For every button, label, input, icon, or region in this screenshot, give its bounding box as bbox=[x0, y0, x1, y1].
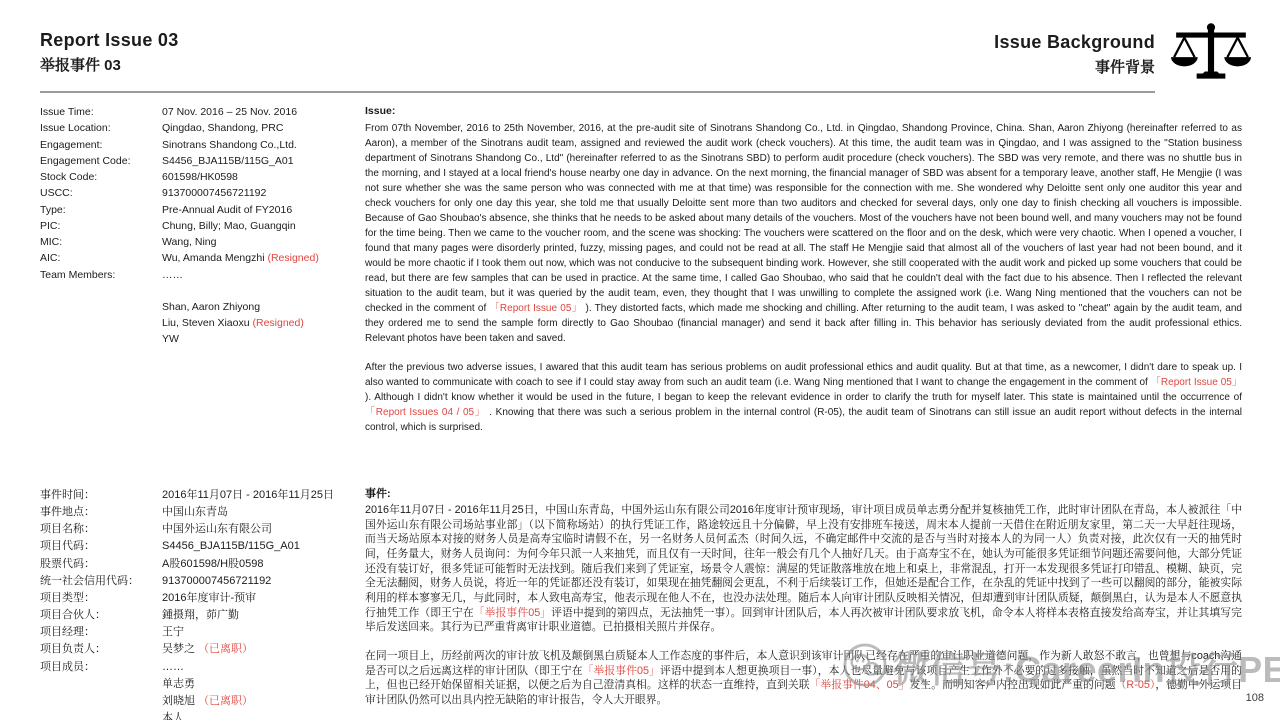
meta-label: 项目成员： bbox=[40, 659, 162, 676]
meta-value: S4456_BJA115B/115G_A01 bbox=[162, 153, 358, 169]
meta-value: 913700007456721192 bbox=[162, 573, 358, 590]
meta-row: Engagement Code:S4456_BJA115B/115G_A01 bbox=[40, 153, 358, 169]
meta-label: Team Members: bbox=[40, 267, 162, 283]
meta-row bbox=[40, 283, 358, 299]
meta-label: Engagement Code: bbox=[40, 153, 162, 169]
header-divider bbox=[40, 91, 1155, 93]
meta-value: YW bbox=[162, 331, 358, 347]
meta-value: A股601598/H股0598 bbox=[162, 556, 358, 573]
issue-heading-zh: 事件: bbox=[365, 487, 1242, 502]
meta-row: Shan, Aaron Zhiyong bbox=[40, 299, 358, 315]
text-segment: 中国山东青岛 bbox=[162, 506, 228, 518]
text-segment: 2016年11月07日 - 2016年11月25日，中国山东青岛，中国外运山东有… bbox=[365, 504, 1242, 619]
meta-row: 股票代码：A股601598/H股0598 bbox=[40, 556, 358, 573]
meta-row: Engagement:Sinotrans Shandong Co.,Ltd. bbox=[40, 137, 358, 153]
meta-value: Shan, Aaron Zhiyong bbox=[162, 299, 358, 315]
text-segment: 发生。而明知客户内控出现如此严重的问题 bbox=[910, 679, 1116, 691]
meta-value: S4456_BJA115B/115G_A01 bbox=[162, 538, 358, 555]
paragraph: 2016年11月07日 - 2016年11月25日，中国山东青岛，中国外运山东有… bbox=[365, 503, 1242, 635]
meta-label: 项目代码： bbox=[40, 538, 162, 555]
highlighted-text: 「举报事件05」 bbox=[583, 665, 660, 677]
meta-label: PIC: bbox=[40, 218, 162, 234]
meta-label: 项目类型： bbox=[40, 590, 162, 607]
meta-value: 中国山东青岛 bbox=[162, 504, 358, 521]
meta-value: 鍾摄翔，茆广勤 bbox=[162, 607, 358, 624]
page-title-zh: 举报事件 03 bbox=[40, 54, 179, 75]
text-segment: Liu, Steven Xiaoxu bbox=[162, 317, 252, 329]
highlighted-text: (Resigned) bbox=[267, 252, 318, 264]
paragraph: From 07th November, 2016 to 25th Novembe… bbox=[365, 121, 1242, 346]
meta-value: 单志勇 bbox=[162, 676, 358, 693]
meta-label: Issue Time: bbox=[40, 104, 162, 120]
meta-value: Wu, Amanda Mengzhi (Resigned) bbox=[162, 250, 358, 266]
text-segment: Wu, Amanda Mengzhi bbox=[162, 252, 267, 264]
text-segment: 单志勇 bbox=[162, 678, 195, 690]
text-segment: …… bbox=[162, 269, 183, 281]
meta-label bbox=[40, 283, 162, 299]
meta-row: 事件时间：2016年11月07日 - 2016年11月25日 bbox=[40, 487, 358, 504]
highlighted-text: （R-05） bbox=[1116, 679, 1156, 691]
highlighted-text: 「举报事件04、05」 bbox=[810, 679, 910, 691]
meta-value: 2016年11月07日 - 2016年11月25日 bbox=[162, 487, 358, 504]
metadata-chinese: 事件时间：2016年11月07日 - 2016年11月25日事件地点：中国山东青… bbox=[40, 487, 358, 720]
issue-body-english: Issue: From 07th November, 2016 to 25th … bbox=[365, 104, 1242, 449]
text-segment: 913700007456721192 bbox=[162, 187, 266, 199]
header-right: Issue Background 事件背景 bbox=[994, 32, 1155, 77]
meta-label bbox=[40, 331, 162, 347]
meta-value: 刘晓旭 （已离职） bbox=[162, 693, 358, 710]
meta-row: 项目合伙人：鍾摄翔，茆广勤 bbox=[40, 607, 358, 624]
meta-label: 事件地点： bbox=[40, 504, 162, 521]
page-title-en: Report Issue 03 bbox=[40, 30, 179, 51]
highlighted-text: （已离职） bbox=[198, 643, 253, 655]
meta-label: Type: bbox=[40, 202, 162, 218]
highlighted-text: 「举报事件05」 bbox=[474, 607, 551, 619]
meta-value: 2016年度审计-预审 bbox=[162, 590, 358, 607]
meta-row: Issue Time:07 Nov. 2016 – 25 Nov. 2016 bbox=[40, 104, 358, 120]
meta-value: …… bbox=[162, 267, 358, 283]
meta-value: …… bbox=[162, 659, 358, 676]
meta-row: Liu, Steven Xiaoxu (Resigned) bbox=[40, 315, 358, 331]
page-number: 108 bbox=[1246, 692, 1264, 704]
meta-label bbox=[40, 710, 162, 720]
meta-row: Type:Pre-Annual Audit of FY2016 bbox=[40, 202, 358, 218]
meta-label: 统一社会信用代码： bbox=[40, 573, 162, 590]
text-segment: …… bbox=[162, 661, 184, 673]
text-segment: 本人 bbox=[162, 712, 184, 720]
meta-label: Engagement: bbox=[40, 137, 162, 153]
text-segment: Chung, Billy; Mao, Guangqin bbox=[162, 220, 296, 232]
meta-row: YW bbox=[40, 331, 358, 347]
text-segment: 601598/HK0598 bbox=[162, 171, 238, 183]
meta-value: Pre-Annual Audit of FY2016 bbox=[162, 202, 358, 218]
meta-label: USCC: bbox=[40, 185, 162, 201]
meta-label: 项目名称： bbox=[40, 521, 162, 538]
text-segment: A股601598/H股0598 bbox=[162, 558, 264, 570]
meta-value: Chung, Billy; Mao, Guangqin bbox=[162, 218, 358, 234]
meta-row: Team Members:…… bbox=[40, 267, 358, 283]
text-segment: From 07th November, 2016 to 25th Novembe… bbox=[365, 123, 1242, 314]
meta-row: AIC:Wu, Amanda Mengzhi (Resigned) bbox=[40, 250, 358, 266]
section-title-zh: 事件背景 bbox=[994, 56, 1155, 77]
meta-value: 吴梦之 （已离职） bbox=[162, 641, 358, 658]
meta-value: 601598/HK0598 bbox=[162, 169, 358, 185]
meta-label: Issue Location: bbox=[40, 120, 162, 136]
text-segment: 2016年度审计-预审 bbox=[162, 592, 256, 604]
meta-row: Issue Location:Qingdao, Shandong, PRC bbox=[40, 120, 358, 136]
issue-heading-en: Issue: bbox=[365, 104, 1242, 120]
text-segment: Shan, Aaron Zhiyong bbox=[162, 301, 260, 313]
highlighted-text: 「Report Issue 05」 bbox=[1151, 377, 1242, 388]
scales-of-justice-icon bbox=[1170, 20, 1252, 86]
text-segment: Qingdao, Shandong, PRC bbox=[162, 122, 283, 134]
meta-row: 事件地点：中国山东青岛 bbox=[40, 504, 358, 521]
meta-value bbox=[162, 283, 358, 299]
meta-label bbox=[40, 693, 162, 710]
text-segment: 2016年11月07日 - 2016年11月25日 bbox=[162, 489, 334, 501]
meta-label bbox=[40, 676, 162, 693]
text-segment: S4456_BJA115B/115G_A01 bbox=[162, 540, 300, 552]
meta-label: 股票代码： bbox=[40, 556, 162, 573]
meta-row: 项目类型：2016年度审计-预审 bbox=[40, 590, 358, 607]
text-segment: Pre-Annual Audit of FY2016 bbox=[162, 204, 292, 216]
paragraph: 在同一项目上，历经前两次的审计放飞机及颠倒黑白质疑本人工作态度的事件后，本人意识… bbox=[365, 649, 1242, 708]
text-segment: After the previous two adverse issues, I… bbox=[365, 362, 1242, 388]
text-segment: ). Although I didn't know whether it wou… bbox=[365, 392, 1242, 403]
highlighted-text: 「Report Issue 05」 bbox=[489, 303, 582, 314]
meta-row: 统一社会信用代码：913700007456721192 bbox=[40, 573, 358, 590]
meta-value: 07 Nov. 2016 – 25 Nov. 2016 bbox=[162, 104, 358, 120]
meta-label: 项目经理： bbox=[40, 624, 162, 641]
meta-label bbox=[40, 315, 162, 331]
header-left: Report Issue 03 举报事件 03 bbox=[40, 30, 179, 75]
highlighted-text: （已离职） bbox=[198, 695, 253, 707]
text-segment: 中国外运山东有限公司 bbox=[162, 523, 272, 535]
text-segment: 吴梦之 bbox=[162, 643, 198, 655]
text-segment: 913700007456721192 bbox=[162, 575, 271, 587]
meta-row: 项目代码：S4456_BJA115B/115G_A01 bbox=[40, 538, 358, 555]
highlighted-text: 「Report Issues 04 / 05」 bbox=[365, 407, 486, 418]
meta-row: Stock Code:601598/HK0598 bbox=[40, 169, 358, 185]
text-segment: 07 Nov. 2016 – 25 Nov. 2016 bbox=[162, 106, 297, 118]
text-segment: 鍾摄翔，茆广勤 bbox=[162, 609, 239, 621]
meta-label: 事件时间： bbox=[40, 487, 162, 504]
meta-label: Stock Code: bbox=[40, 169, 162, 185]
meta-value: Sinotrans Shandong Co.,Ltd. bbox=[162, 137, 358, 153]
meta-row: USCC:913700007456721192 bbox=[40, 185, 358, 201]
meta-row: 项目成员：…… bbox=[40, 659, 358, 676]
meta-row: 刘晓旭 （已离职） bbox=[40, 693, 358, 710]
section-title-en: Issue Background bbox=[994, 32, 1155, 53]
issue-paragraphs-en: From 07th November, 2016 to 25th Novembe… bbox=[365, 121, 1242, 435]
meta-value: Liu, Steven Xiaoxu (Resigned) bbox=[162, 315, 358, 331]
issue-paragraphs-zh: 2016年11月07日 - 2016年11月25日，中国山东青岛，中国外运山东有… bbox=[365, 503, 1242, 708]
meta-value: 913700007456721192 bbox=[162, 185, 358, 201]
meta-label: MIC: bbox=[40, 234, 162, 250]
text-segment: Sinotrans Shandong Co.,Ltd. bbox=[162, 139, 297, 151]
text-segment: 王宁 bbox=[162, 626, 184, 638]
paragraph: After the previous two adverse issues, I… bbox=[365, 360, 1242, 435]
meta-label bbox=[40, 299, 162, 315]
meta-value: 王宁 bbox=[162, 624, 358, 641]
meta-value: Qingdao, Shandong, PRC bbox=[162, 120, 358, 136]
meta-row: 本人 bbox=[40, 710, 358, 720]
meta-label: AIC: bbox=[40, 250, 162, 266]
meta-value: 本人 bbox=[162, 710, 358, 720]
text-segment: . Knowing that there was such a serious … bbox=[365, 407, 1242, 433]
meta-value: Wang, Ning bbox=[162, 234, 358, 250]
metadata-english: Issue Time:07 Nov. 2016 – 25 Nov. 2016Is… bbox=[40, 104, 358, 348]
issue-body-chinese: 事件: 2016年11月07日 - 2016年11月25日，中国山东青岛，中国外… bbox=[365, 487, 1242, 720]
text-segment: Wang, Ning bbox=[162, 236, 216, 248]
text-segment: S4456_BJA115B/115G_A01 bbox=[162, 155, 294, 167]
meta-row: 项目名称：中国外运山东有限公司 bbox=[40, 521, 358, 538]
report-page: Report Issue 03 举报事件 03 Issue Background… bbox=[0, 0, 1280, 720]
meta-row: PIC:Chung, Billy; Mao, Guangqin bbox=[40, 218, 358, 234]
meta-row: MIC:Wang, Ning bbox=[40, 234, 358, 250]
meta-label: 项目合伙人： bbox=[40, 607, 162, 624]
highlighted-text: (Resigned) bbox=[252, 317, 303, 329]
meta-row: 项目负责人：吴梦之 （已离职） bbox=[40, 641, 358, 658]
meta-label: 项目负责人： bbox=[40, 641, 162, 658]
meta-row: 项目经理：王宁 bbox=[40, 624, 358, 641]
meta-value: 中国外运山东有限公司 bbox=[162, 521, 358, 538]
text-segment: YW bbox=[162, 333, 179, 345]
meta-row: 单志勇 bbox=[40, 676, 358, 693]
text-segment: 刘晓旭 bbox=[162, 695, 198, 707]
